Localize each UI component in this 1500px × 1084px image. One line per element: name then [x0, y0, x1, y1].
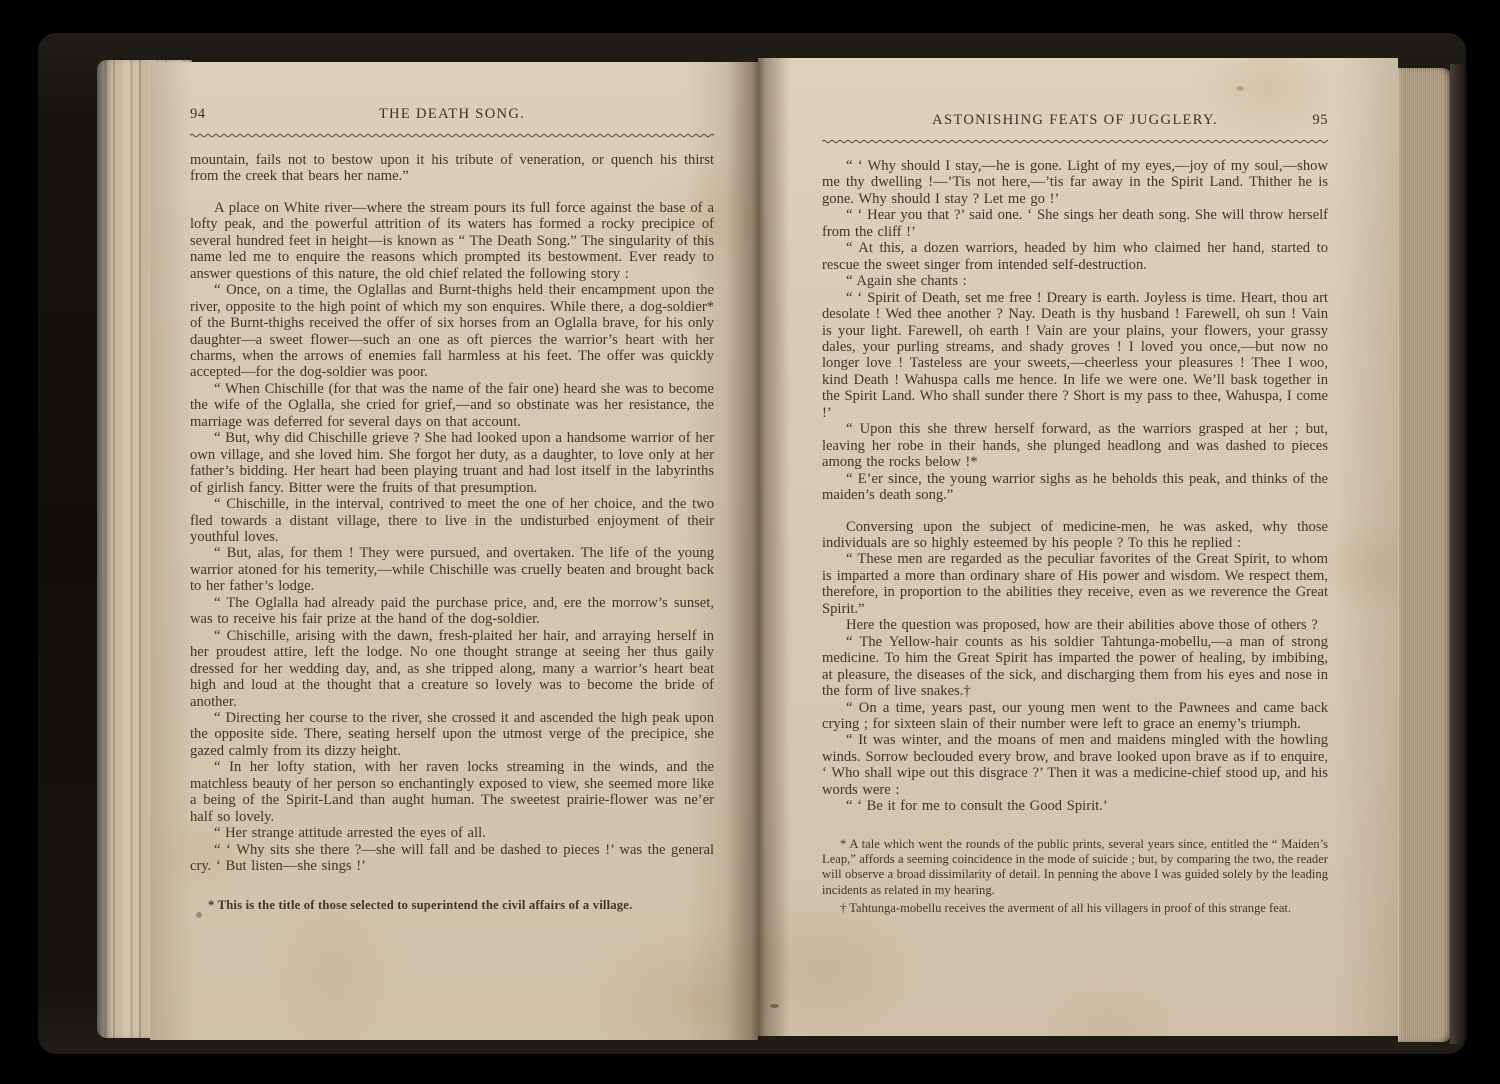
paragraph: “ On a time, years past, our young men w…	[822, 700, 1328, 733]
paragraph: “ Once, on a time, the Oglallas and Burn…	[190, 282, 714, 381]
paragraph: “ Chischille, arising with the dawn, fre…	[190, 628, 714, 710]
paragraph: “ Her strange attitude arrested the eyes…	[190, 825, 714, 841]
foxing-spot	[1236, 86, 1244, 91]
paragraph: “ ‘ Spirit of Death, set me free ! Drear…	[822, 290, 1328, 422]
left-running-title: THE DEATH SONG.	[236, 106, 668, 123]
paragraph: “ Chischille, in the interval, contrived…	[190, 496, 714, 545]
paragraph: A place on White river—where the stream …	[190, 200, 714, 282]
paragraph: “ But, why did Chischille grieve ? She h…	[190, 430, 714, 496]
right-fore-edge	[1398, 68, 1452, 1042]
cover-edge-right	[1450, 64, 1467, 1044]
left-page-header: 94 THE DEATH SONG.	[190, 106, 714, 123]
right-body-text: “ ‘ Why should I stay,—he is gone. Light…	[822, 158, 1328, 815]
paragraph: “ It was winter, and the moans of men an…	[822, 732, 1328, 798]
paragraph: “ At this, a dozen warriors, headed by h…	[822, 240, 1328, 273]
book-photograph: 94 THE DEATH SONG. mountain, fails not t…	[0, 0, 1500, 1084]
right-page-number: 95	[1282, 112, 1328, 129]
right-page-header: ASTONISHING FEATS OF JUGGLERY. 95	[822, 112, 1328, 129]
right-page-content: ASTONISHING FEATS OF JUGGLERY. 95 “ ‘ Wh…	[822, 112, 1328, 917]
paragraph: “ E’er since, the young warrior sighs as…	[822, 471, 1328, 504]
left-footnote: * This is the title of those selected to…	[190, 898, 714, 913]
right-running-title: ASTONISHING FEATS OF JUGGLERY.	[868, 112, 1282, 129]
left-body-text: mountain, fails not to bestow upon it hi…	[190, 152, 714, 874]
ink-fleck	[770, 1004, 779, 1008]
paragraph: “ Again she chants :	[822, 273, 1328, 289]
paragraph: Here the question was proposed, how are …	[822, 617, 1328, 633]
left-page-number: 94	[190, 106, 236, 123]
paragraph: “ But, alas, for them ! They were pursue…	[190, 545, 714, 594]
paragraph: “ ‘ Why sits she there ?—she will fall a…	[190, 842, 714, 875]
paragraph: “ These men are regarded as the peculiar…	[822, 551, 1328, 617]
wavy-rule	[822, 138, 1328, 145]
paragraph: “ The Yellow-hair counts as his soldier …	[822, 634, 1328, 700]
left-page-content: 94 THE DEATH SONG. mountain, fails not t…	[190, 106, 714, 914]
right-footnote-asterisk: * A tale which went the rounds of the pu…	[822, 837, 1328, 899]
right-footnote-dagger: † Tahtunga-mobellu receives the averment…	[822, 901, 1328, 916]
paragraph: “ ‘ Be it for me to consult the Good Spi…	[822, 798, 1328, 814]
paragraph: “ ‘ Hear you that ?’ said one. ‘ She sin…	[822, 207, 1328, 240]
paragraph: mountain, fails not to bestow upon it hi…	[190, 152, 714, 185]
paragraph: “ When Chischille (for that was the name…	[190, 381, 714, 430]
paragraph: “ In her lofty station, with her raven l…	[190, 759, 714, 825]
paragraph: “ ‘ Why should I stay,—he is gone. Light…	[822, 158, 1328, 207]
paragraph: “ Directing her course to the river, she…	[190, 710, 714, 759]
paragraph: “ The Oglalla had already paid the purch…	[190, 595, 714, 628]
paragraph: Conversing upon the subject of medicine-…	[822, 519, 1328, 552]
paragraph: “ Upon this she threw herself forward, a…	[822, 421, 1328, 470]
gutter-shadow	[726, 58, 790, 1040]
wavy-rule	[190, 132, 714, 139]
